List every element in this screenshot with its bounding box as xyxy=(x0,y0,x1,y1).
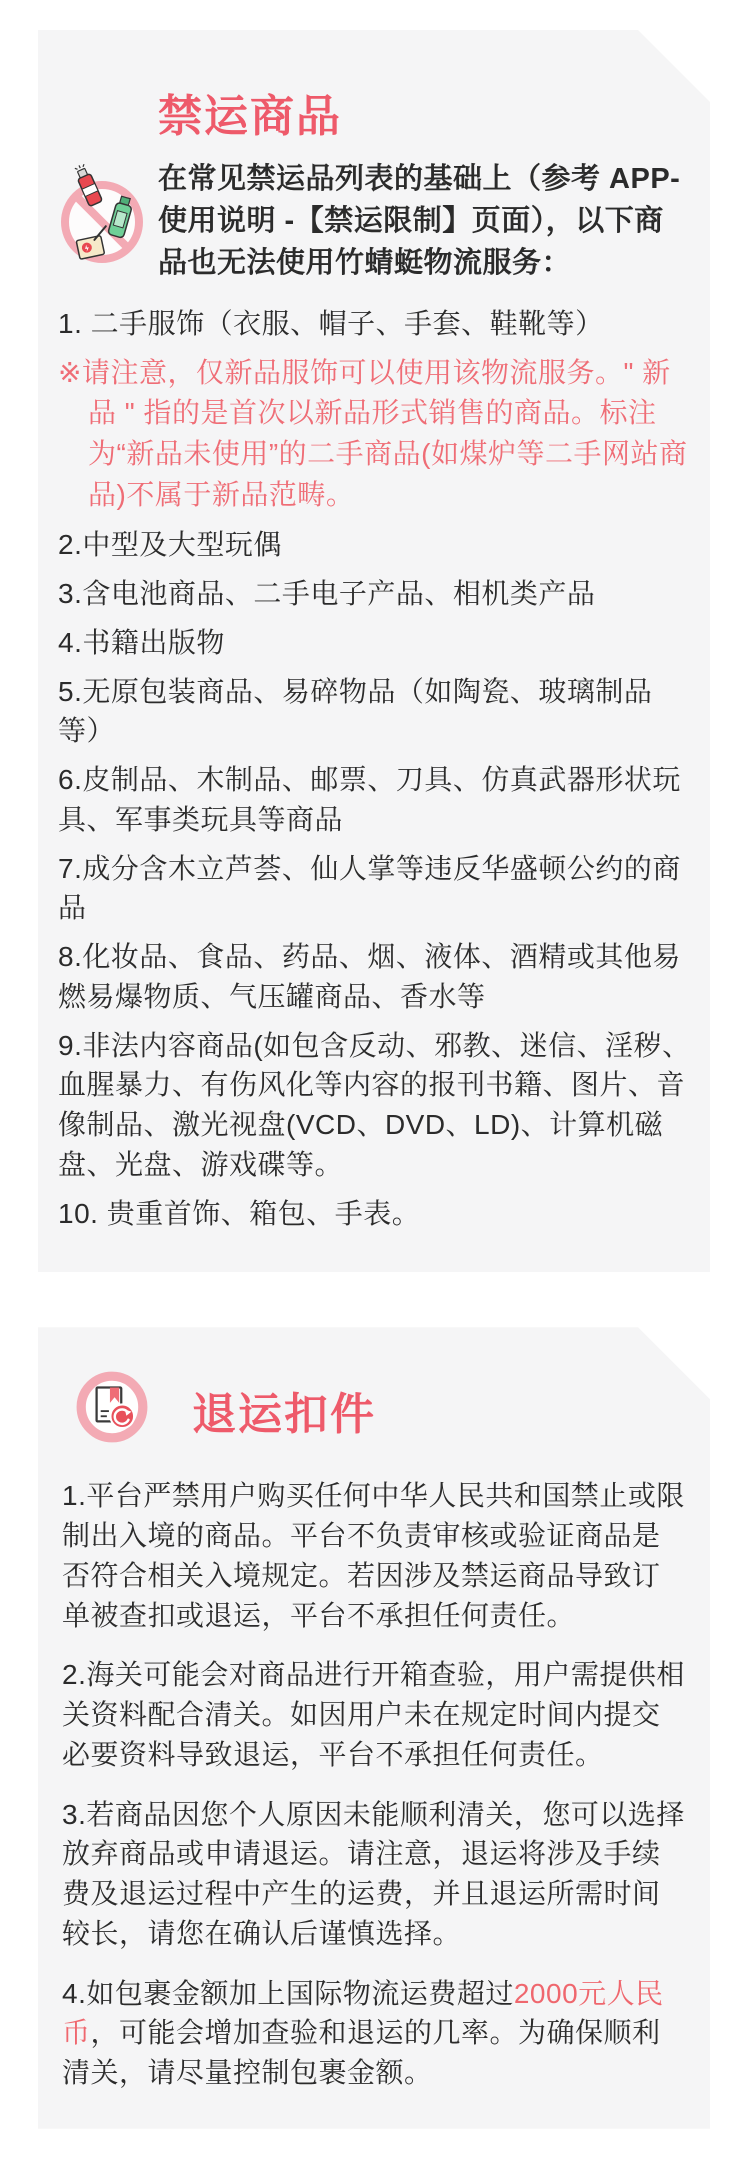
return-paragraph-3: 3.若商品因您个人原因未能顺利清关，您可以选择放弃商品或申请退运。请注意，退运将… xyxy=(58,1795,690,1954)
prohibited-intro-row: 在常见禁运品列表的基础上（参考 APP- 使用说明 -【禁运限制】页面），以下商… xyxy=(58,158,692,284)
prohibited-item-7: 7.成分含木立芦荟、仙人掌等违反华盛顿公约的商品 xyxy=(58,849,692,929)
prohibited-item-2: 2.中型及大型玩偶 xyxy=(58,525,692,565)
prohibited-item-10: 10. 贵重首饰、箱包、手表。 xyxy=(58,1194,692,1234)
return-detention-title: 退运扣件 xyxy=(192,1378,376,1442)
return-paragraph-4: 4.如包裹金额加上国际物流运费超过2000元人民币，可能会增加查验和退运的几率。… xyxy=(58,1974,690,2093)
prohibited-item-3: 3.含电池商品、二手电子产品、相机类产品 xyxy=(58,574,692,614)
prohibited-item-5: 5.无原包装商品、易碎物品（如陶瓷、玻璃制品等） xyxy=(58,672,692,752)
new-items-only-note: ※请注意，仅新品服饰可以使用该物流服务。" 新品 " 指的是首次以新品形式销售的… xyxy=(58,353,692,515)
prohibited-item-6: 6.皮制品、木制品、邮票、刀具、仿真武器形状玩具、军事类玩具等商品 xyxy=(58,760,692,840)
prohibited-item-8: 8.化妆品、食品、药品、烟、液体、酒精或其他易燃易爆物质、气压罐商品、香水等 xyxy=(58,937,692,1017)
prohibited-item-1: 1. 二手服饰（衣服、帽子、手套、鞋靴等） xyxy=(58,304,692,344)
return-card-header: 退运扣件 xyxy=(58,1369,690,1450)
prohibited-goods-card: 禁运商品 xyxy=(38,30,710,1272)
prohibited-items-icon xyxy=(58,160,144,273)
paragraph-4-prefix: 4.如包裹金额加上国际物流运费超过 xyxy=(62,1978,514,2009)
prohibited-goods-title: 禁运商品 xyxy=(158,80,692,144)
return-detention-card: 退运扣件 1.平台严禁用户购买任何中华人民共和国禁止或限制出入境的商品。平台不负… xyxy=(38,1327,710,2129)
paragraph-4-suffix: ，可能会增加查验和退运的几率。为确保顺利清关，请尽量控制包裹金额。 xyxy=(62,2017,661,2088)
page: 禁运商品 xyxy=(0,30,750,2177)
prohibited-items-list: 1. 二手服饰（衣服、帽子、手套、鞋靴等） ※请注意，仅新品服饰可以使用该物流服… xyxy=(58,304,692,1233)
return-paragraph-1: 1.平台严禁用户购买任何中华人民共和国禁止或限制出入境的商品。平台不负责审核或验… xyxy=(58,1476,690,1635)
prohibited-goods-intro: 在常见禁运品列表的基础上（参考 APP- 使用说明 -【禁运限制】页面），以下商… xyxy=(158,158,692,284)
return-parcel-icon xyxy=(74,1369,150,1450)
prohibited-item-9: 9.非法内容商品(如包含反动、邪教、迷信、淫秽、血腥暴力、有伤风化等内容的报刊书… xyxy=(58,1026,692,1185)
return-paragraph-2: 2.海关可能会对商品进行开箱查验，用户需提供相关资料配合清关。如因用户未在规定时… xyxy=(58,1655,690,1774)
prohibited-item-4: 4.书籍出版物 xyxy=(58,623,692,663)
